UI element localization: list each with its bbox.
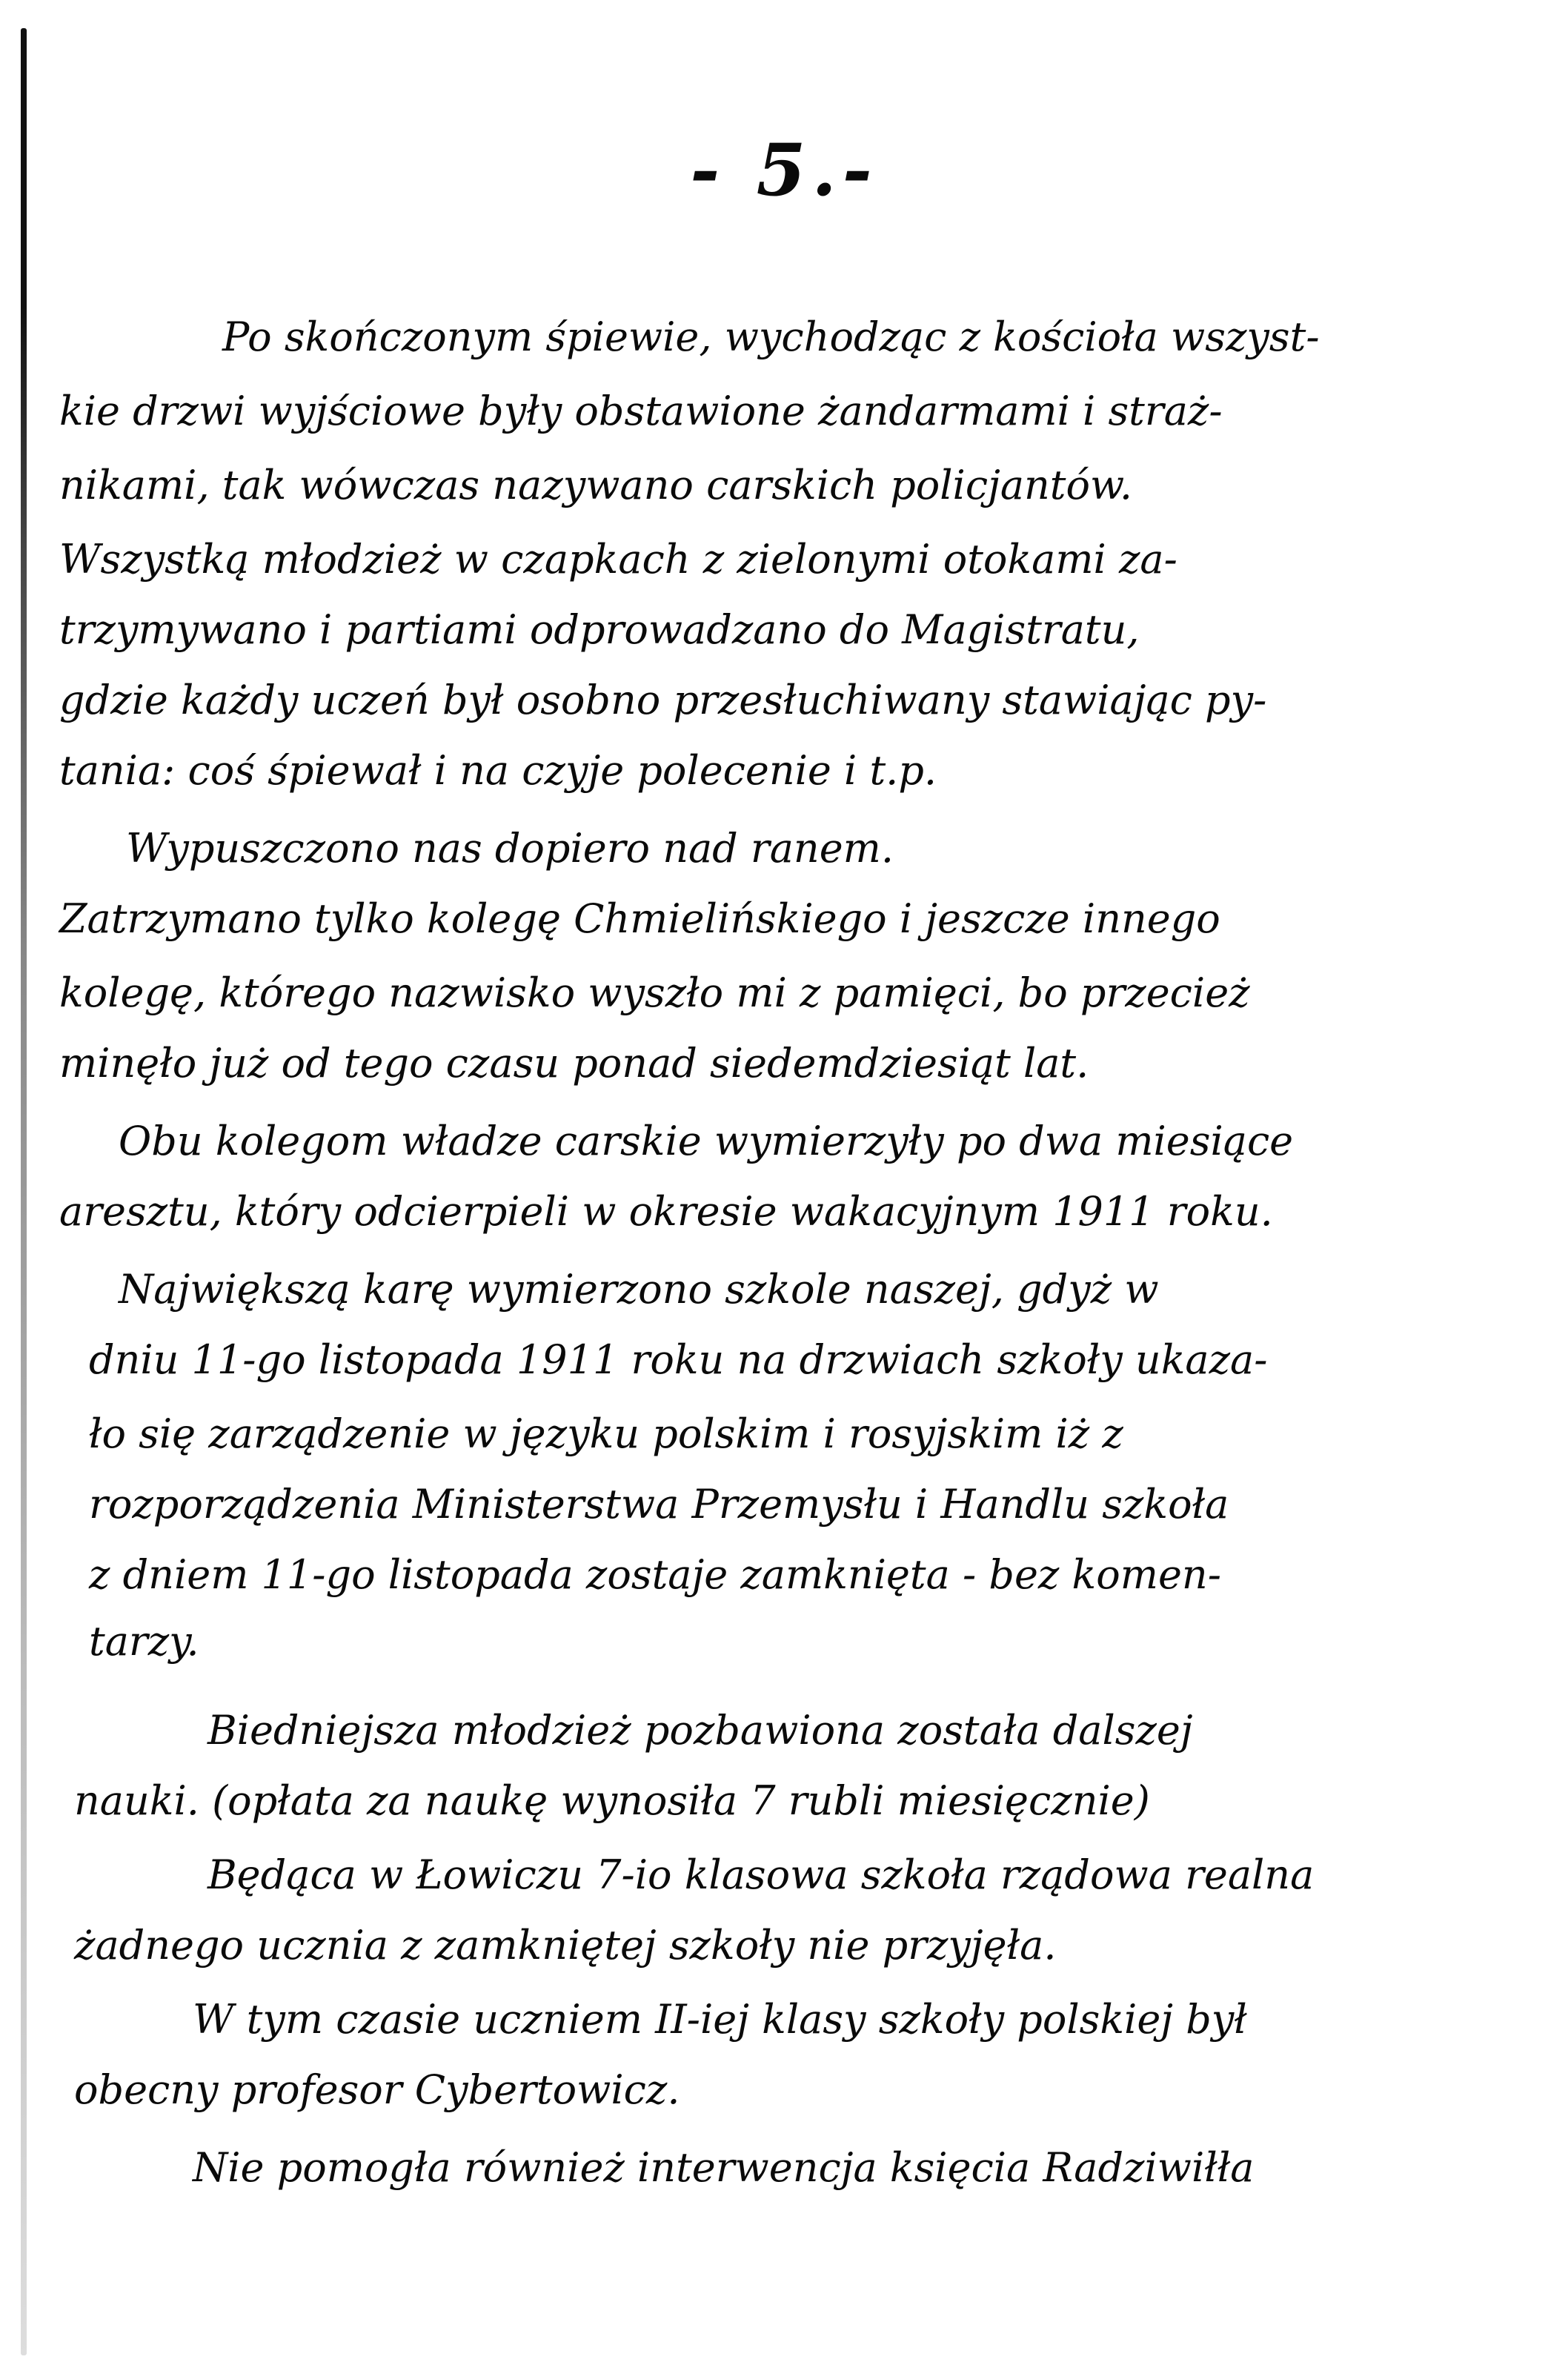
- manuscript-line: Zatrzymano tylko kolegę Chmielińskiego i…: [59, 893, 1220, 945]
- manuscript-line: z dniem 11-go listopada zostaje zamknięt…: [89, 1549, 1221, 1601]
- margin-binding-line: [21, 28, 27, 2355]
- manuscript-line: gdzie każdy uczeń był osobno przesłuchiw…: [59, 674, 1266, 726]
- manuscript-line: kie drzwi wyjściowe były obstawione żand…: [59, 385, 1223, 437]
- manuscript-line: trzymywano i partiami odprowadzano do Ma…: [59, 604, 1140, 656]
- manuscript-line: Największą karę wymierzono szkole naszej…: [119, 1264, 1159, 1316]
- manuscript-line: aresztu, który odcierpieli w okresie wak…: [59, 1186, 1273, 1238]
- manuscript-line: ło się zarządzenie w języku polskim i ro…: [89, 1408, 1123, 1460]
- manuscript-line: rozporządzenia Ministerstwa Przemysłu i …: [89, 1479, 1229, 1530]
- manuscript-line: Wypuszczono nas dopiero nad ranem.: [126, 823, 894, 875]
- manuscript-line: W tym czasie uczniem II-iej klasy szkoły…: [193, 1994, 1247, 2046]
- manuscript-line: kolegę, którego nazwisko wyszło mi z pam…: [59, 967, 1250, 1019]
- manuscript-line: Biedniejsza młodzież pozbawiona została …: [207, 1705, 1193, 1757]
- manuscript-line: dniu 11-go listopada 1911 roku na drzwia…: [89, 1334, 1268, 1386]
- manuscript-line: tania: coś śpiewał i na czyje polecenie …: [59, 745, 937, 797]
- manuscript-line: nikami, tak wówczas nazywano carskich po…: [59, 460, 1132, 511]
- page-number: - 5.-: [0, 130, 1568, 211]
- manuscript-line: żadnego ucznia z zamkniętej szkoły nie p…: [74, 1920, 1056, 1971]
- manuscript-line: tarzy.: [89, 1616, 199, 1668]
- manuscript-line: Nie pomogła również interwencja księcia …: [193, 2142, 1254, 2194]
- manuscript-line: Wszystką młodzież w czapkach z zielonymi…: [59, 534, 1177, 586]
- manuscript-line: minęło już od tego czasu ponad siedemdzi…: [59, 1038, 1089, 1090]
- manuscript-line: Po skończonym śpiewie, wychodząc z kości…: [222, 311, 1320, 363]
- manuscript-line: Będąca w Łowiczu 7-io klasowa szkoła rzą…: [207, 1849, 1314, 1901]
- manuscript-line: nauki. (opłata za naukę wynosiła 7 rubli…: [74, 1775, 1150, 1827]
- manuscript-line: obecny profesor Cybertowicz.: [74, 2064, 680, 2116]
- manuscript-line: Obu kolegom władze carskie wymierzyły po…: [119, 1115, 1293, 1167]
